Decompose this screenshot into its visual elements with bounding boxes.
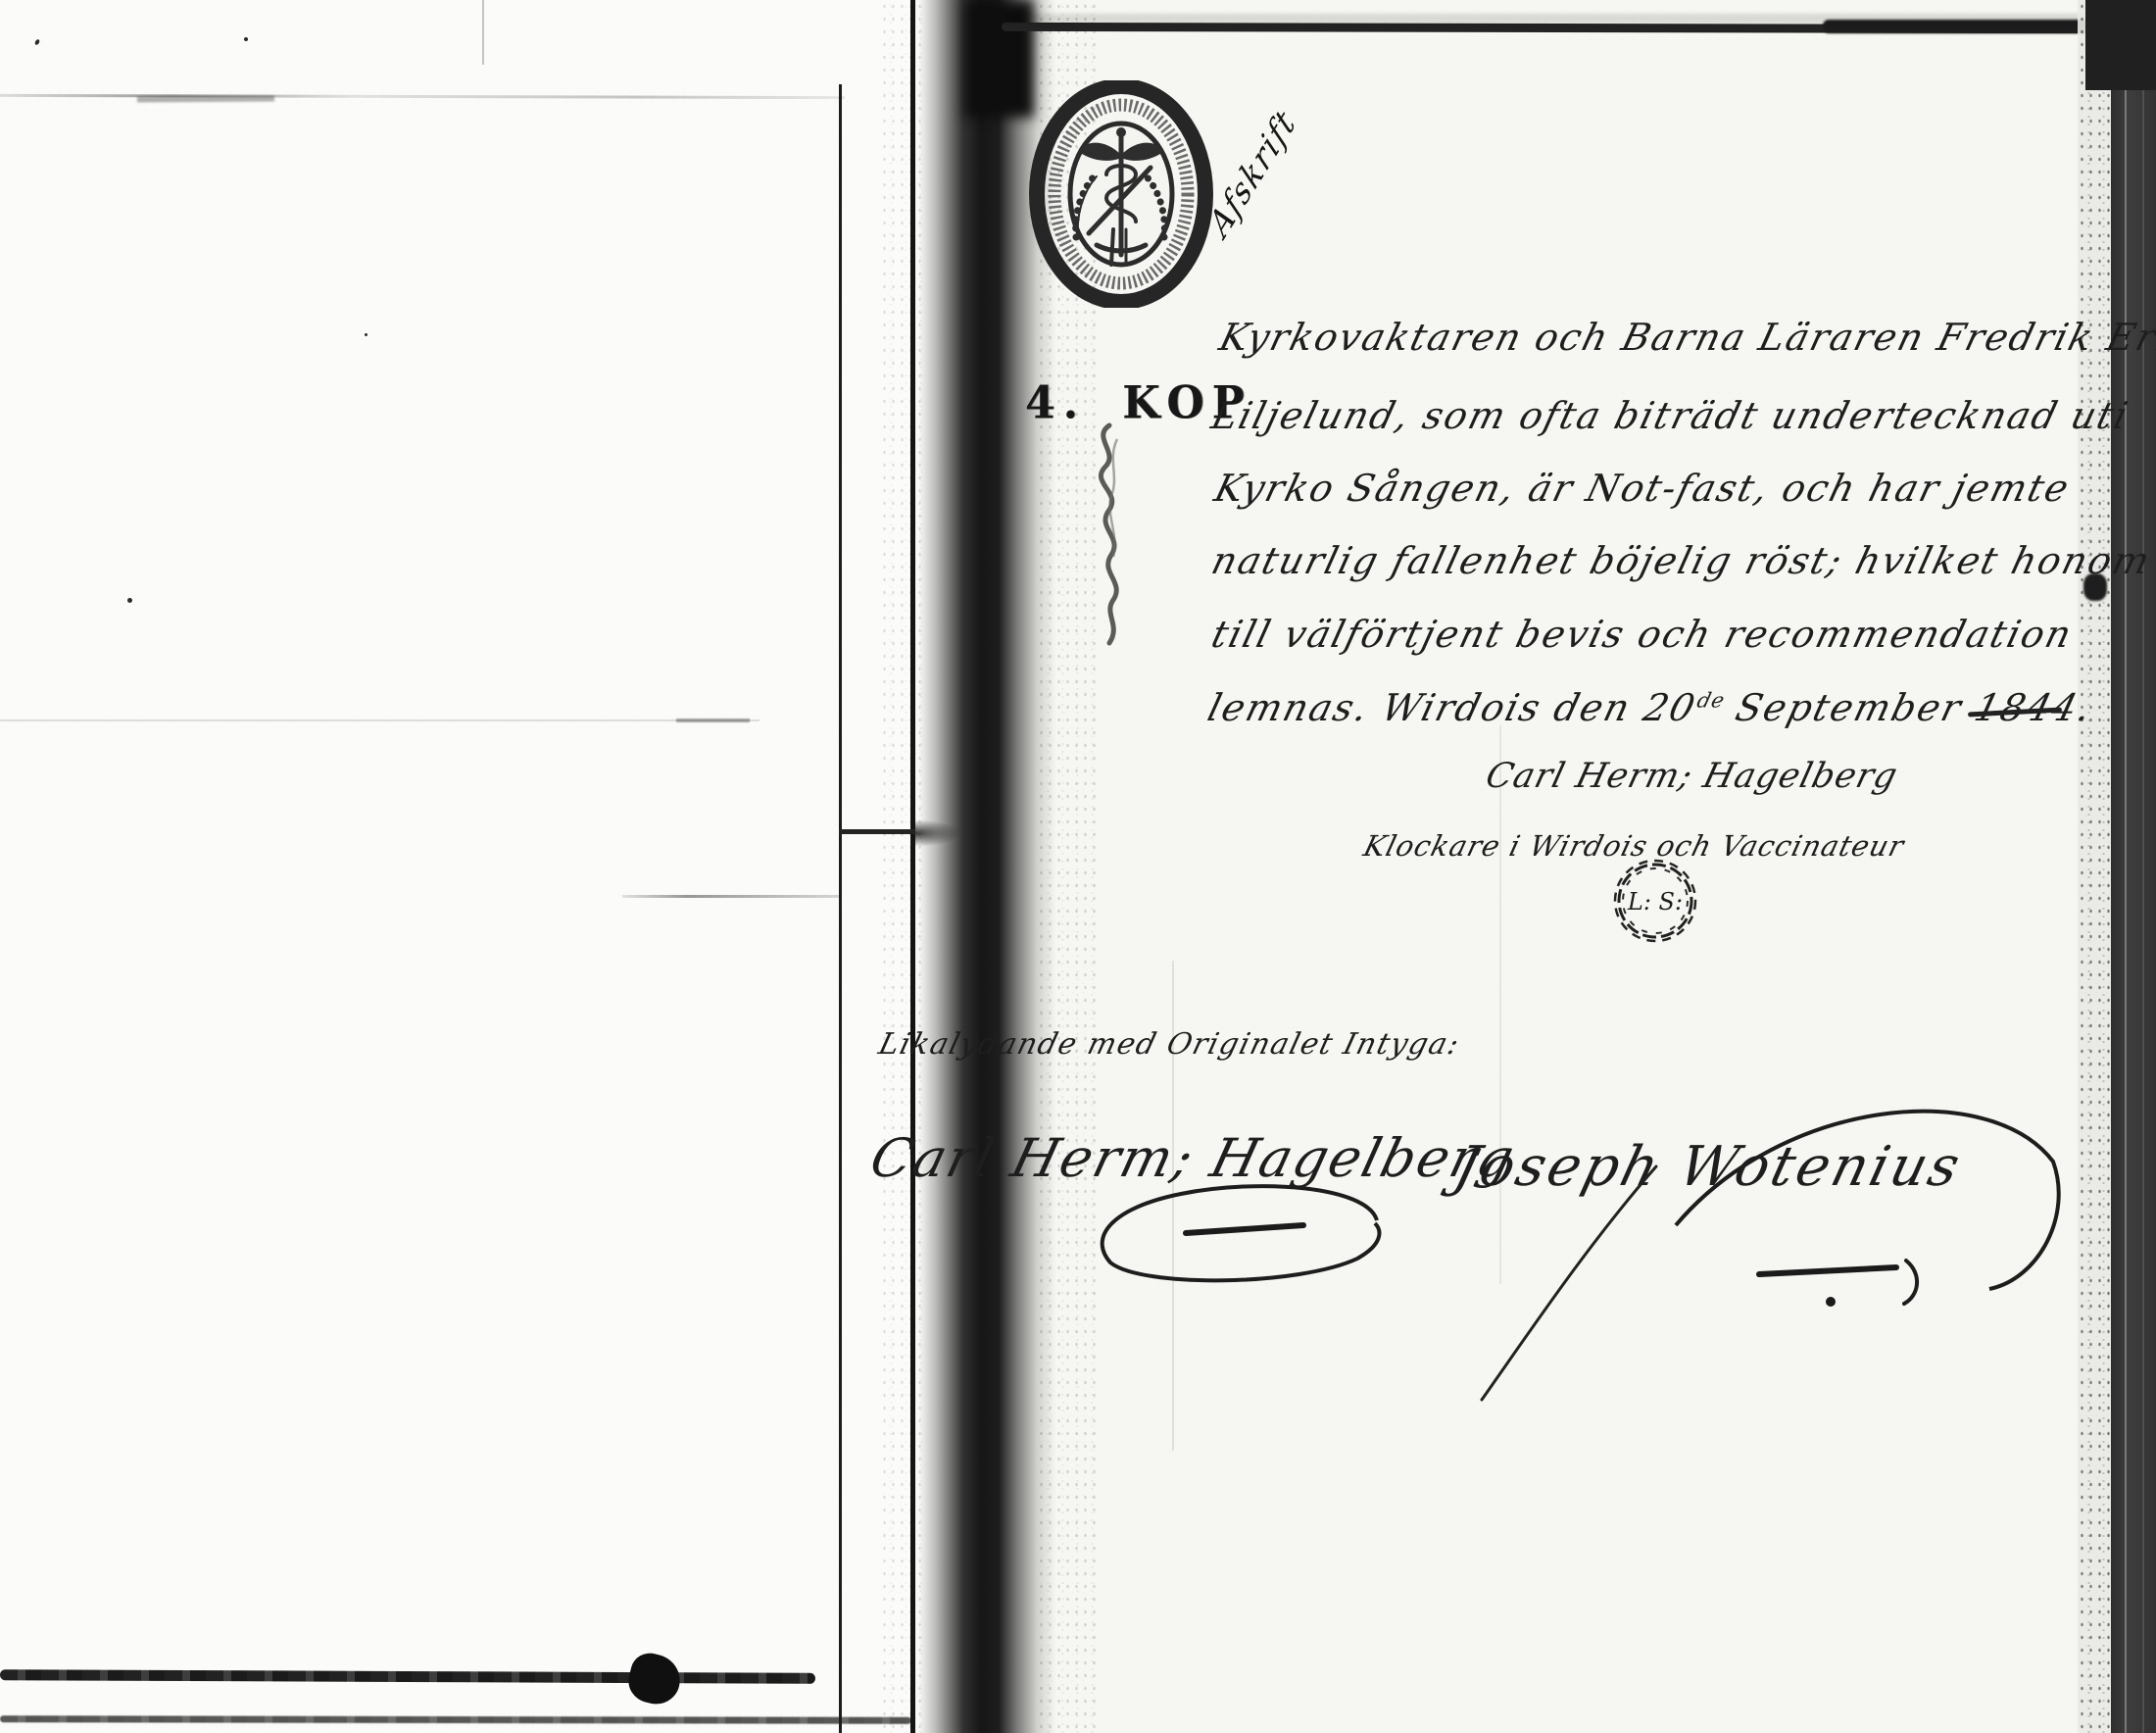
ink-speck xyxy=(365,333,367,336)
body-line: Kyrkovaktaren och Barna Läraren Fredrik … xyxy=(1215,316,2156,359)
right-margin-grain xyxy=(2078,0,2111,1733)
signature-descender-stroke xyxy=(1470,1157,1666,1411)
left-blank-page xyxy=(0,0,915,1733)
signature-flourish-right xyxy=(1666,1068,2078,1343)
body-line: Kyrko Sången, är Not-fast, och har jemte xyxy=(1210,467,2075,510)
crease-line xyxy=(0,719,759,721)
crease-smudge xyxy=(137,96,274,103)
attestation-signature: Carl Herm; Hagelberg xyxy=(1482,757,1902,796)
ink-speck xyxy=(127,598,132,603)
copy-annotation-text: Afskrift xyxy=(1201,100,1301,245)
page-top-edge-fuzz xyxy=(1009,14,2087,24)
signature-flourish-left xyxy=(1083,1176,1396,1294)
vertical-scribble xyxy=(1070,420,1149,650)
page-edge-line xyxy=(839,84,842,1733)
film-edge-band xyxy=(2111,0,2156,1733)
film-edge-highlight xyxy=(2125,0,2127,1733)
film-corner-dark xyxy=(2085,0,2156,90)
crease-smudge xyxy=(676,718,750,722)
body-line: Liljelund, som ofta biträdt undertecknad… xyxy=(1207,394,2133,437)
crease-line xyxy=(622,895,840,898)
body-line: naturlig fallenhet böjelig röst; hvilket… xyxy=(1207,539,2156,582)
body-line: till välförtjent bevis och recommendatio… xyxy=(1207,613,2078,656)
ls-seal-text: L: S: xyxy=(1627,888,1683,916)
film-edge-highlight-2 xyxy=(2142,0,2144,1733)
ink-speck xyxy=(244,37,248,41)
crease-vertical-faint xyxy=(482,0,484,65)
date-pre: lemnas. Wirdois den 20 xyxy=(1203,686,1701,729)
ls-seal-icon: L: S: xyxy=(1609,855,1701,947)
certification-statement: Likalydande med Originalet Intyga: xyxy=(875,1027,1464,1062)
body-date-line: lemnas. Wirdois den 20de September 1844. xyxy=(1203,686,2097,729)
gutter-grain-left xyxy=(880,0,923,1733)
archival-scan-page: Afskrift 4. KOP Kyrkovaktaren och Barna … xyxy=(0,0,2156,1733)
